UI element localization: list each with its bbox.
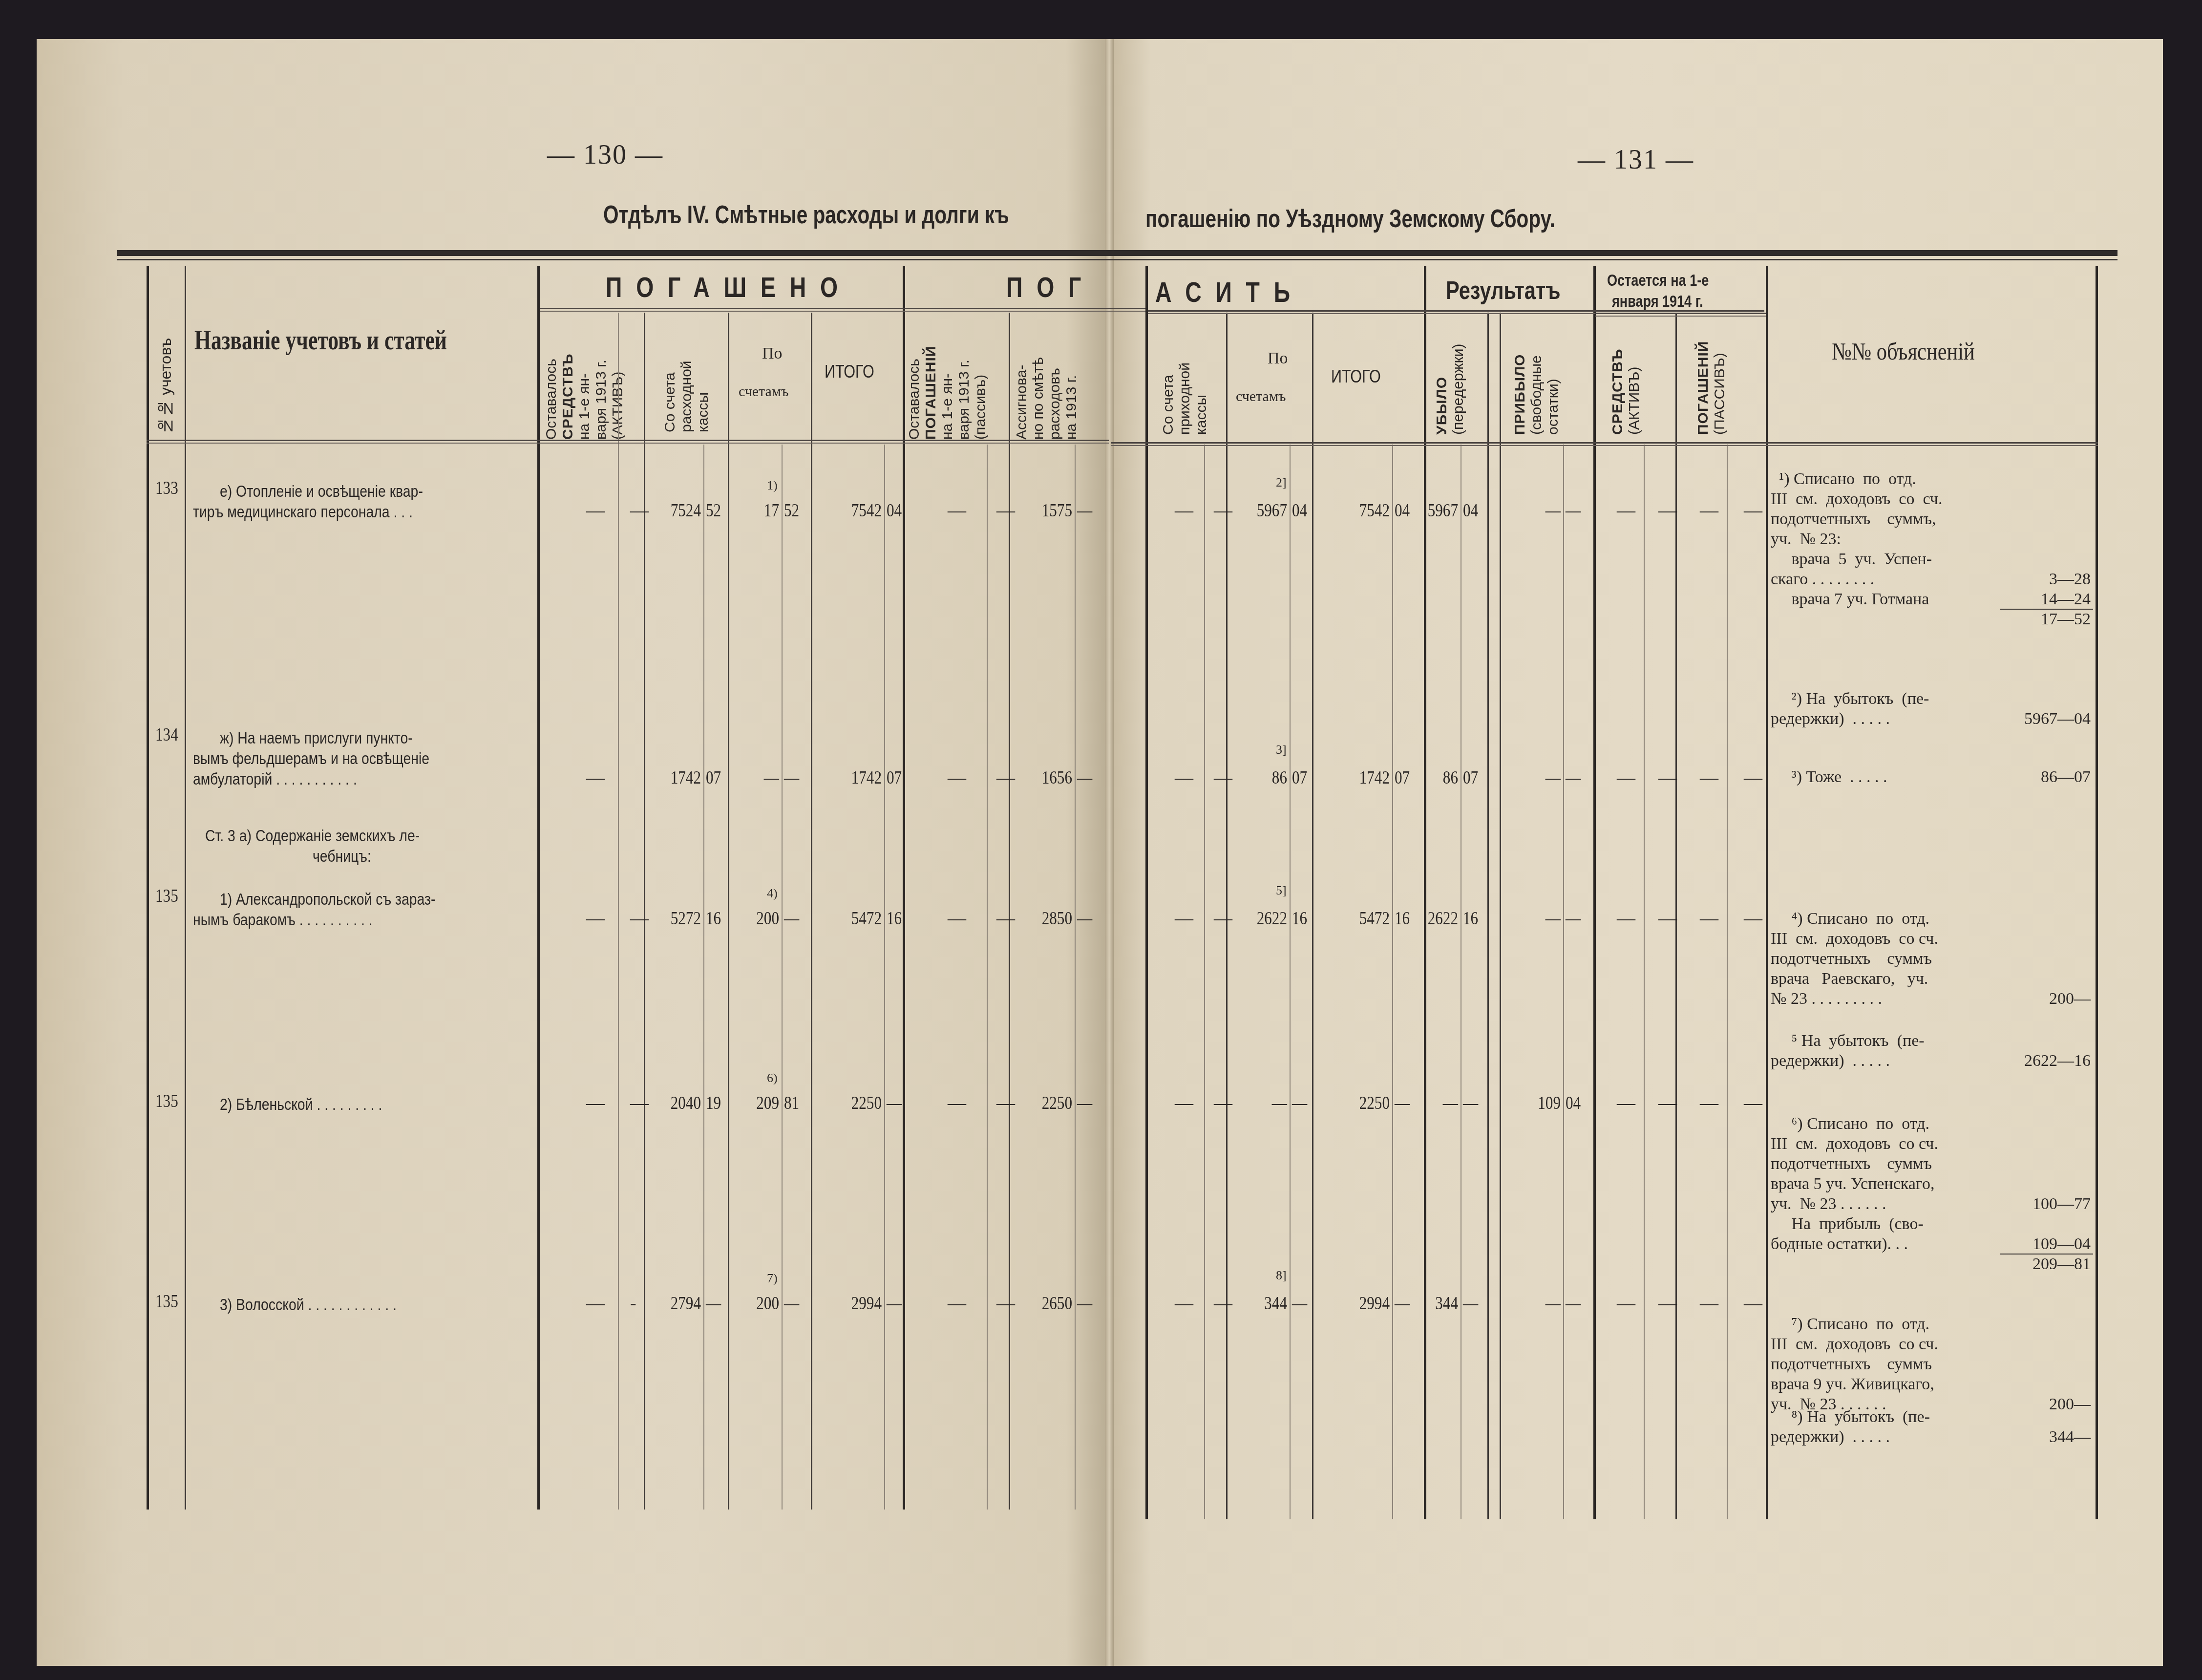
column-rule	[782, 445, 783, 1510]
column-rule	[1075, 445, 1076, 1510]
cell-pog_po_schetam-kop: —	[1292, 1293, 1307, 1314]
explanation-text: № 23 . . . . . . . . .	[1771, 990, 1882, 1008]
cell-pribylo-int: —	[1482, 908, 1561, 929]
subheader-ostavalos-pogash: ОставалосьПОГАШЕНІЙна 1-е ян-варя 1913 г…	[906, 313, 989, 440]
explanation-line: III см. доходовъ со сч.	[1771, 1334, 1986, 1354]
cell-pog_po_schetam-int: 5967	[1209, 500, 1287, 521]
row-name-line: ж) На наемъ прислуги пункто-	[220, 728, 413, 748]
column-rule	[1290, 445, 1291, 1519]
subheader-po-1: По	[762, 344, 783, 363]
row-name-line: 1) Александропольской съ зараз-	[220, 889, 436, 910]
explanation-line: ⁸) На убытокъ (пе-	[1771, 1407, 1986, 1427]
cell-itogo-int: 7542	[804, 500, 882, 521]
cell-po_schetam-int: 209	[701, 1092, 779, 1114]
row-name-line: Ст. 3 а) Содержаніе земскихъ ле-	[205, 826, 420, 846]
subheader-po-2: счетамъ	[739, 383, 788, 400]
explanation-line: ¹) Списано по отд.	[1771, 469, 1986, 489]
footnote-marker: 8]	[1276, 1268, 1287, 1283]
explanation-text: врача 5 уч. Успенскаго,	[1771, 1175, 1934, 1193]
explanation-amount: 344—	[1993, 1427, 2091, 1447]
header-explanations: №№ объясненій	[1832, 337, 1975, 365]
footnote-marker: 3]	[1276, 743, 1287, 757]
explanation-line: III см. доходовъ со сч.	[1771, 489, 1986, 509]
explanation-line: редержки) . . . . .2622—16	[1771, 1051, 1986, 1071]
explanation-line: ³) Тоже . . . . .86—07	[1771, 767, 1986, 787]
cell-so_scheta_prikh-int: —	[1175, 1092, 1193, 1114]
cell-pribylo-int: —	[1482, 767, 1561, 788]
column-rule	[1766, 266, 1768, 1519]
explanation-amount: 17—52	[1993, 609, 2091, 629]
explanation-text: врача 5 уч. Успен-	[1771, 550, 1932, 568]
column-rule	[1727, 445, 1728, 1519]
subheader-so-scheta-prikh: Со счетаприходнойкассы	[1160, 332, 1210, 435]
subheader-itogo-2: ИТОГО	[1331, 366, 1381, 387]
explanation-text: подотчетныхъ суммъ	[1771, 1155, 1932, 1173]
explanation-amount: 209—81	[1993, 1254, 2091, 1274]
explanation-line: подотчетныхъ суммъ	[1771, 949, 1986, 969]
cell-po_schetam-int: 200	[701, 1293, 779, 1314]
book-gutter	[1105, 39, 1114, 1666]
explanation-line: врача 9 уч. Живицкаго,	[1771, 1374, 1986, 1394]
row-name-line: амбулаторій . . . . . . . . . . .	[193, 769, 357, 789]
explanation-text: ¹) Списано по отд.	[1771, 470, 1916, 488]
cell-so_scheta_raskh-int: 5272	[623, 908, 701, 929]
table-top-rule	[117, 250, 2117, 256]
cell-itogo-int: 1742	[804, 767, 882, 788]
header-account-no: №№ учетовъ	[157, 308, 174, 435]
explanation-line: На прибыль (сво-	[1771, 1214, 1986, 1234]
cell-ost_pogash-int: —	[948, 767, 966, 788]
cell-pog_po_schetam-int: 344	[1209, 1293, 1287, 1314]
cell-pog_po_schetam-int: 86	[1209, 767, 1287, 788]
column-rule	[537, 266, 540, 1510]
cell-pribylo-kop: —	[1566, 767, 1581, 788]
explanation-line: уч. № 23:	[1771, 529, 1986, 549]
cell-pogasheniy-kop: —	[1744, 1293, 1762, 1314]
explanation-text: врача Раевскаго, уч.	[1771, 970, 1928, 988]
header-remains-2: января 1914 г.	[1612, 292, 1703, 311]
explanation-text: ⁶) Списано по отд.	[1771, 1115, 1929, 1133]
header-rule-remains	[1595, 313, 1766, 317]
column-rule	[2096, 266, 2098, 1519]
row-account-number: 133	[155, 477, 178, 499]
cell-ubylo-int: 5967	[1380, 500, 1458, 521]
cell-itogo-int: 2994	[804, 1293, 882, 1314]
cell-pogasheniy-int: —	[1700, 1293, 1718, 1314]
cell-itogo-kop: —	[887, 1293, 902, 1314]
cell-itogo-kop: 16	[887, 908, 902, 929]
cell-sredstv-int: —	[1617, 1293, 1635, 1314]
page-number-left: — 130 —	[547, 139, 663, 170]
explanation-line: врача 5 уч. Успенскаго,	[1771, 1174, 1986, 1194]
cell-itogo-kop: 07	[887, 767, 902, 788]
footnote-marker: 1)	[767, 478, 778, 493]
explanation-line: подотчетныхъ суммъ	[1771, 1354, 1986, 1374]
explanation-line: редержки) . . . . .344—	[1771, 1427, 1986, 1447]
cell-itogo-kop: 04	[887, 500, 902, 521]
column-rule	[903, 266, 905, 1510]
explanation-text: На прибыль (сво-	[1771, 1215, 1924, 1233]
cell-pribylo-kop: 04	[1566, 1092, 1581, 1114]
subheader-so-scheta-raskh: Со счетарасходнойкассы	[662, 320, 712, 432]
subheader-pog-po-1: По	[1268, 349, 1288, 368]
cell-so_scheta_raskh-int: 2040	[623, 1092, 701, 1114]
cell-pog_po_schetam-kop: 07	[1292, 767, 1307, 788]
column-rule	[987, 445, 988, 1510]
cell-pog_itogo-int: 1742	[1312, 767, 1390, 788]
column-rule	[1593, 266, 1596, 1519]
cell-sredstv-int: —	[1617, 500, 1635, 521]
column-rule	[147, 266, 149, 1510]
cell-so_scheta_prikh-int: —	[1175, 908, 1193, 929]
explanation-text: ⁵ На убытокъ (пе-	[1771, 1032, 1925, 1050]
cell-ost_sredstv-int: —	[586, 500, 605, 521]
cell-po_schetam-kop: 81	[784, 1092, 799, 1114]
cell-assign-kop: —	[1077, 1092, 1092, 1114]
row-name-line: тиръ медицинскаго персонала . . .	[193, 502, 413, 522]
cell-sredstv-kop: —	[1658, 908, 1677, 929]
cell-itogo-int: 5472	[804, 908, 882, 929]
header-result: Результатъ	[1446, 276, 1561, 305]
explanation-line: редержки) . . . . .5967—04	[1771, 709, 1986, 729]
explanation-text: III см. доходовъ со сч.	[1771, 930, 1938, 948]
explanation-amount: 109—04	[1993, 1234, 2091, 1254]
cell-ubylo-kop: —	[1463, 1293, 1478, 1314]
explanation-note: ⁴) Списано по отд.III см. доходовъ со сч…	[1771, 909, 1986, 1009]
cell-pogasheniy-int: —	[1700, 500, 1718, 521]
cell-po_schetam-kop: —	[784, 767, 799, 788]
column-rule	[1644, 445, 1645, 1519]
explanation-line: ⁶) Списано по отд.	[1771, 1114, 1986, 1134]
page-number-right: — 131 —	[1578, 144, 1694, 175]
header-name: Названіе учетовъ и статей	[194, 325, 447, 356]
subheader-sredstv: СРЕДСТВЪ(АКТИВЪ)	[1609, 332, 1643, 435]
column-rule	[1461, 445, 1461, 1519]
cell-pribylo-kop: —	[1566, 908, 1581, 929]
explanation-text: подотчетныхъ суммъ,	[1771, 510, 1936, 528]
explanation-text: бодные остатки). . .	[1771, 1235, 1908, 1253]
subheader-pog-po-2: счетамъ	[1236, 388, 1286, 405]
cell-po_schetam-int: 17	[701, 500, 779, 521]
explanation-text: редержки) . . . . .	[1771, 1052, 1890, 1070]
cell-ubylo-int: 2622	[1380, 908, 1458, 929]
header-bottom-rule-right	[1111, 442, 2098, 446]
explanation-note: ⁷) Списано по отд.III см. доходовъ со сч…	[1771, 1314, 1986, 1414]
cell-ubylo-kop: 04	[1463, 500, 1478, 521]
section-title-right: погашенію по Уѣздному Земскому Сбору.	[1145, 204, 1555, 234]
footnote-marker: 5]	[1276, 883, 1287, 898]
explanation-text: III см. доходовъ со сч.	[1771, 1335, 1938, 1353]
column-rule	[884, 445, 885, 1510]
explanation-note: ⁵ На убытокъ (пе-редержки) . . . . .2622…	[1771, 1031, 1986, 1071]
cell-pog_po_schetam-kop: 04	[1292, 500, 1307, 521]
header-pogasheno: ПОГАШЕНО	[606, 271, 852, 304]
cell-ost_pogash-int: —	[948, 500, 966, 521]
row-account-number: 135	[155, 1291, 178, 1312]
cell-ubylo-int: 344	[1380, 1293, 1458, 1314]
cell-assign-int: 2250	[994, 1092, 1072, 1114]
cell-pribylo-kop: —	[1566, 500, 1581, 521]
cell-po_schetam-kop: —	[784, 908, 799, 929]
cell-pogasheniy-int: —	[1700, 767, 1718, 788]
cell-sredstv-int: —	[1617, 767, 1635, 788]
cell-po_schetam-int: 200	[701, 908, 779, 929]
explanation-text: ³) Тоже . . . . .	[1771, 768, 1887, 786]
cell-assign-kop: —	[1077, 767, 1092, 788]
explanation-amount: 86—07	[1993, 767, 2091, 787]
explanation-line: ²) На убытокъ (пе-	[1771, 689, 1986, 709]
cell-itogo-int: 2250	[804, 1092, 882, 1114]
subheader-assignovano: Ассигнова-но по смѣтѣрасходовъна 1913 г.	[1014, 313, 1080, 440]
explanation-note: ³) Тоже . . . . .86—07	[1771, 767, 1986, 787]
explanation-line: III см. доходовъ со сч.	[1771, 929, 1986, 949]
subheader-ostavalos-sredstv: ОставалосьСРЕДСТВЪна 1-е ян-варя 1913 г.…	[543, 320, 626, 440]
column-rule	[1204, 445, 1205, 1519]
column-rule	[703, 445, 704, 1510]
cell-pog_po_schetam-kop: —	[1292, 1092, 1307, 1114]
subheader-pogasheniy: ПОГАШЕНІЙ(ПАССИВЪ)	[1695, 327, 1728, 435]
explanation-text: редержки) . . . . .	[1771, 710, 1890, 728]
explanation-line: 17—52	[1771, 609, 1986, 629]
cell-ost_pogash-int: —	[948, 1092, 966, 1114]
explanation-amount: 3—28	[1993, 569, 2091, 589]
table-top-rule-thin	[117, 259, 2117, 260]
cell-po_schetam-int: —	[701, 767, 779, 788]
explanation-amount: 200—	[1993, 1394, 2091, 1414]
explanation-amount: 2622—16	[1993, 1051, 2091, 1071]
cell-pogasheniy-int: —	[1700, 1092, 1718, 1114]
cell-pogasheniy-kop: —	[1744, 908, 1762, 929]
cell-pribylo-int: 109	[1482, 1092, 1561, 1114]
row-account-number: 135	[155, 1090, 178, 1112]
cell-so_scheta_raskh-int: 2794	[623, 1293, 701, 1314]
cell-pribylo-int: —	[1482, 1293, 1561, 1314]
explanation-line: ⁵ На убытокъ (пе-	[1771, 1031, 1986, 1051]
row-name-line: 2) Бѣленьской . . . . . . . . .	[220, 1094, 382, 1115]
column-rule	[618, 313, 619, 1510]
cell-so_scheta_prikh-int: —	[1175, 500, 1193, 521]
cell-sredstv-int: —	[1617, 908, 1635, 929]
explanation-text: скаго . . . . . . . .	[1771, 570, 1874, 588]
column-rule	[185, 266, 186, 1510]
explanation-text: подотчетныхъ суммъ	[1771, 1355, 1932, 1373]
cell-sredstv-int: —	[1617, 1092, 1635, 1114]
cell-ubylo-int: 86	[1380, 767, 1458, 788]
cell-pog_itogo-int: 2250	[1312, 1092, 1390, 1114]
section-title-left: Отдѣлъ IV. Смѣтные расходы и долги къ	[603, 200, 1009, 230]
footnote-marker: 6)	[767, 1071, 778, 1085]
explanation-amount: 200—	[1993, 989, 2091, 1009]
header-pogasit-right: АСИТЬ	[1155, 276, 1304, 309]
cell-pribylo-kop: —	[1566, 1293, 1581, 1314]
footnote-marker: 7)	[767, 1271, 778, 1286]
column-rule	[1563, 445, 1564, 1519]
explanation-line: 209—81	[1771, 1254, 1986, 1274]
explanation-text: уч. № 23:	[1771, 530, 1841, 548]
cell-ost_sredstv-int: —	[586, 1092, 605, 1114]
cell-sredstv-kop: —	[1658, 767, 1677, 788]
header-bottom-rule-left	[147, 440, 1109, 444]
explanation-text: III см. доходовъ со сч.	[1771, 1135, 1938, 1153]
explanation-text: ⁷) Списано по отд.	[1771, 1315, 1929, 1333]
column-rule	[1392, 445, 1393, 1519]
cell-so_scheta_prikh-int: —	[1175, 767, 1193, 788]
explanation-line: врача 5 уч. Успен-	[1771, 549, 1986, 569]
explanation-note: ⁶) Списано по отд.III см. доходовъ со сч…	[1771, 1114, 1986, 1274]
explanation-text: редержки) . . . . .	[1771, 1428, 1890, 1446]
cell-ubylo-kop: 16	[1463, 908, 1478, 929]
subheader-pribylo: ПРИБЫЛО(свободныеостатки)	[1512, 325, 1562, 435]
explanation-line: врача Раевскаго, уч.	[1771, 969, 1986, 989]
explanation-line: подотчетныхъ суммъ,	[1771, 509, 1986, 529]
cell-so_scheta_raskh-int: 7524	[623, 500, 701, 521]
explanation-line: III см. доходовъ со сч.	[1771, 1134, 1986, 1154]
subheader-ubylo: УБЫЛО(передержки)	[1434, 318, 1467, 435]
cell-assign-int: 1656	[994, 767, 1072, 788]
cell-ost_pogash-int: —	[948, 908, 966, 929]
cell-ost_sredstv-int: —	[586, 767, 605, 788]
explanation-line: бодные остатки). . .109—04	[1771, 1234, 1986, 1254]
cell-ost_pogash-int: —	[948, 1293, 966, 1314]
cell-so_scheta_prikh-int: —	[1175, 1293, 1193, 1314]
header-pogasit-left: ПОГ	[1006, 271, 1095, 304]
cell-itogo-kop: —	[887, 1092, 902, 1114]
explanation-text: ²) На убытокъ (пе-	[1771, 690, 1929, 708]
row-account-number: 135	[155, 885, 178, 907]
row-name-line: е) Отопленіе и освѣщеніе квар-	[220, 481, 423, 502]
cell-assign-int: 1575	[994, 500, 1072, 521]
cell-ubylo-int: —	[1380, 1092, 1458, 1114]
header-remains-1: Остается на 1-е	[1607, 271, 1709, 290]
explanation-text: врача 9 уч. Живицкаго,	[1771, 1375, 1934, 1393]
explanation-line: ⁷) Списано по отд.	[1771, 1314, 1986, 1334]
explanation-note: ¹) Списано по отд.III см. доходовъ со сч…	[1771, 469, 1986, 629]
footnote-marker: 4)	[767, 886, 778, 901]
row-name-line: нымъ баракомъ . . . . . . . . . .	[193, 910, 373, 930]
explanation-text: уч. № 23 . . . . . .	[1771, 1195, 1886, 1213]
explanation-text: врача 7 уч. Готмана	[1771, 590, 1929, 608]
row-name-line: вымъ фельдшерамъ и на освѣщеніе	[193, 748, 429, 769]
cell-pog_po_schetam-kop: 16	[1292, 908, 1307, 929]
cell-pog_itogo-int: 2994	[1312, 1293, 1390, 1314]
cell-ost_sredstv-int: —	[586, 1293, 605, 1314]
cell-pribylo-int: —	[1482, 500, 1561, 521]
explanation-line: № 23 . . . . . . . . .200—	[1771, 989, 1986, 1009]
column-rule	[1145, 266, 1148, 1519]
left-page	[37, 39, 1109, 1666]
explanation-note: ⁸) На убытокъ (пе-редержки) . . . . .344…	[1771, 1407, 1986, 1447]
explanation-amount: 14—24	[1993, 589, 2091, 609]
explanation-text: подотчетныхъ суммъ	[1771, 950, 1932, 968]
cell-assign-kop: —	[1077, 908, 1092, 929]
cell-ost_sredstv-int: —	[586, 908, 605, 929]
explanation-text: ⁴) Списано по отд.	[1771, 910, 1929, 928]
cell-pogasheniy-kop: —	[1744, 1092, 1762, 1114]
cell-so_scheta_raskh-int: 1742	[623, 767, 701, 788]
explanation-line: скаго . . . . . . . .3—28	[1771, 569, 1986, 589]
explanation-line: врача 7 уч. Готмана14—24	[1771, 589, 1986, 609]
cell-po_schetam-kop: 52	[784, 500, 799, 521]
cell-pogasheniy-kop: —	[1744, 767, 1762, 788]
cell-assign-kop: —	[1077, 500, 1092, 521]
cell-pog_itogo-int: 7542	[1312, 500, 1390, 521]
row-name-line: чебницъ:	[313, 846, 371, 867]
cell-pogasheniy-int: —	[1700, 908, 1718, 929]
cell-po_schetam-kop: —	[784, 1293, 799, 1314]
explanation-text: III см. доходовъ со сч.	[1771, 490, 1942, 508]
cell-ubylo-kop: —	[1463, 1092, 1478, 1114]
row-account-number: 134	[155, 724, 178, 745]
cell-pogasheniy-kop: —	[1744, 500, 1762, 521]
explanation-line: подотчетныхъ суммъ	[1771, 1154, 1986, 1174]
explanation-line: уч. № 23 . . . . . .100—77	[1771, 1194, 1986, 1214]
cell-sredstv-kop: —	[1658, 1293, 1677, 1314]
cell-ubylo-kop: 07	[1463, 767, 1478, 788]
cell-assign-int: 2850	[994, 908, 1072, 929]
cell-assign-kop: —	[1077, 1293, 1092, 1314]
header-rule-pogasheno	[540, 308, 1145, 312]
footnote-marker: 2]	[1276, 475, 1287, 490]
explanation-line: ⁴) Списано по отд.	[1771, 909, 1986, 929]
explanation-amount: 5967—04	[1993, 709, 2091, 729]
row-name-line: 3) Волосской . . . . . . . . . . . .	[220, 1295, 397, 1315]
explanation-text: ⁸) На убытокъ (пе-	[1771, 1408, 1930, 1426]
cell-pog_po_schetam-int: 2622	[1209, 908, 1287, 929]
column-rule	[1424, 266, 1426, 1519]
cell-assign-int: 2650	[994, 1293, 1072, 1314]
cell-pog_po_schetam-int: —	[1209, 1092, 1287, 1114]
cell-sredstv-kop: —	[1658, 1092, 1677, 1114]
explanation-amount: 100—77	[1993, 1194, 2091, 1214]
cell-sredstv-kop: —	[1658, 500, 1677, 521]
cell-pog_itogo-int: 5472	[1312, 908, 1390, 929]
explanation-note: ²) На убытокъ (пе-редержки) . . . . .596…	[1771, 689, 1986, 729]
subheader-itogo-1: ИТОГО	[825, 362, 874, 382]
